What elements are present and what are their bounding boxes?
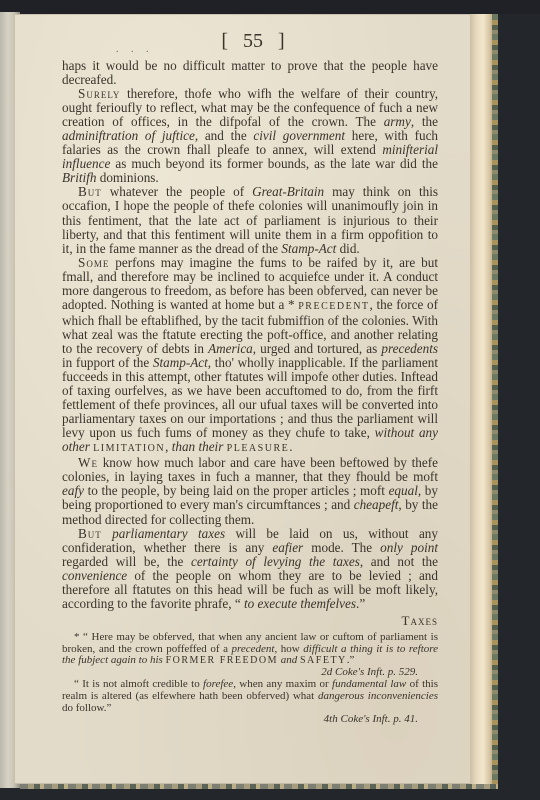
small-caps-text: precedent: [298, 301, 369, 312]
text-run: [102, 526, 112, 541]
italic-text: civil government: [253, 128, 345, 143]
small-caps-text: We: [78, 455, 98, 470]
paragraph: We know how much labor and care have bee…: [62, 456, 438, 526]
text-run: regarded will be, the: [62, 554, 191, 569]
page-text: [ 55 ] haps it would be no difficult mat…: [62, 30, 438, 726]
text-run: .”: [356, 596, 365, 611]
italic-text: eafy: [62, 483, 84, 498]
footnotes: * “ Here may be obferved, that when any …: [62, 632, 438, 726]
italic-text: Britifh: [62, 170, 96, 185]
text-run: haps it would be no difficult matter to …: [62, 58, 438, 87]
text-run: , the: [411, 114, 438, 129]
text-run: whatever the people of: [102, 184, 252, 199]
page-number: [ 55 ]: [68, 30, 438, 53]
paragraph: Surely therefore, thofe who wifh the wel…: [62, 87, 438, 185]
paragraph: But whatever the people of Great-Britain…: [62, 185, 438, 255]
small-caps-text: But: [78, 184, 102, 199]
italic-text: certainty of levying the taxes: [191, 554, 360, 569]
small-caps-text: pleasure: [227, 443, 290, 454]
italic-text: dangerous inconveniencies: [318, 690, 438, 702]
text-run: do follow.”: [62, 702, 111, 714]
italic-text: adminiftration of juftice: [62, 128, 195, 143]
text-run: know how much labor and care have been b…: [62, 455, 438, 484]
italic-text: parliamentary taxes: [112, 526, 225, 541]
italic-text: eafier: [272, 540, 303, 555]
text-run: .: [289, 439, 292, 454]
italic-text: cheapeft: [354, 497, 399, 512]
marbled-cover-edge: [492, 14, 498, 786]
text-run: , how: [274, 643, 303, 655]
text-run: , when any maxim or: [233, 678, 332, 690]
marbled-bottom-edge: [20, 784, 498, 789]
italic-text: only point: [380, 540, 438, 555]
paragraph: But parliamentary taxes will be laid on …: [62, 527, 438, 611]
catchword: Taxes: [62, 613, 438, 629]
italic-text: America: [208, 341, 253, 356]
footnote: * “ Here may be obferved, that when any …: [62, 632, 438, 667]
small-caps-text: safety: [300, 655, 347, 666]
italic-text: Stamp-Act: [281, 241, 336, 256]
text-run: , urged and tortured, as: [253, 341, 382, 356]
text-run: .”: [347, 654, 355, 666]
small-caps-text: former freedom: [166, 655, 278, 666]
italic-text: convenience: [62, 568, 127, 583]
text-run: as much beyond its former bounds, as the…: [110, 156, 438, 171]
paragraph: Some perfons may imagine the fums to be …: [62, 256, 438, 457]
italic-text: precedents: [381, 341, 438, 356]
italic-text: and: [281, 654, 298, 666]
italic-text: Stamp-Act: [153, 355, 208, 370]
text-run: , and the: [195, 128, 254, 143]
scanner-backdrop: [0, 0, 540, 14]
small-caps-text: But: [78, 526, 102, 541]
italic-text: than their: [172, 439, 224, 454]
italic-text: forefee: [203, 678, 233, 690]
paragraph: haps it would be no difficult matter to …: [62, 59, 438, 87]
italic-text: fundamental law: [332, 678, 406, 690]
footnote-citation: 4th Coke's Inft. p. 41.: [62, 714, 438, 726]
text-run: did.: [336, 241, 359, 256]
italic-text: Great-Britain: [252, 184, 324, 199]
small-caps-text: limitation: [93, 443, 165, 454]
text-run: in fupport of the: [62, 355, 153, 370]
italic-text: army: [384, 114, 411, 129]
page-fore-edge: [470, 14, 494, 784]
text-run: to the people, by being laid on the prop…: [84, 483, 389, 498]
footnote: “ It is not almoft credible to forefee, …: [62, 679, 438, 714]
text-run: , and not the: [360, 554, 438, 569]
text-run: “ It is not almoft credible to: [74, 678, 203, 690]
text-run: dominions.: [96, 170, 158, 185]
small-caps-text: Some: [78, 255, 109, 270]
italic-text: precedent: [232, 643, 275, 655]
text-run: mode. The: [303, 540, 380, 555]
italic-text: to execute themfelves: [244, 596, 356, 611]
italic-text: equal: [389, 483, 418, 498]
small-caps-text: Surely: [78, 86, 120, 101]
text-run: ,: [165, 439, 172, 454]
